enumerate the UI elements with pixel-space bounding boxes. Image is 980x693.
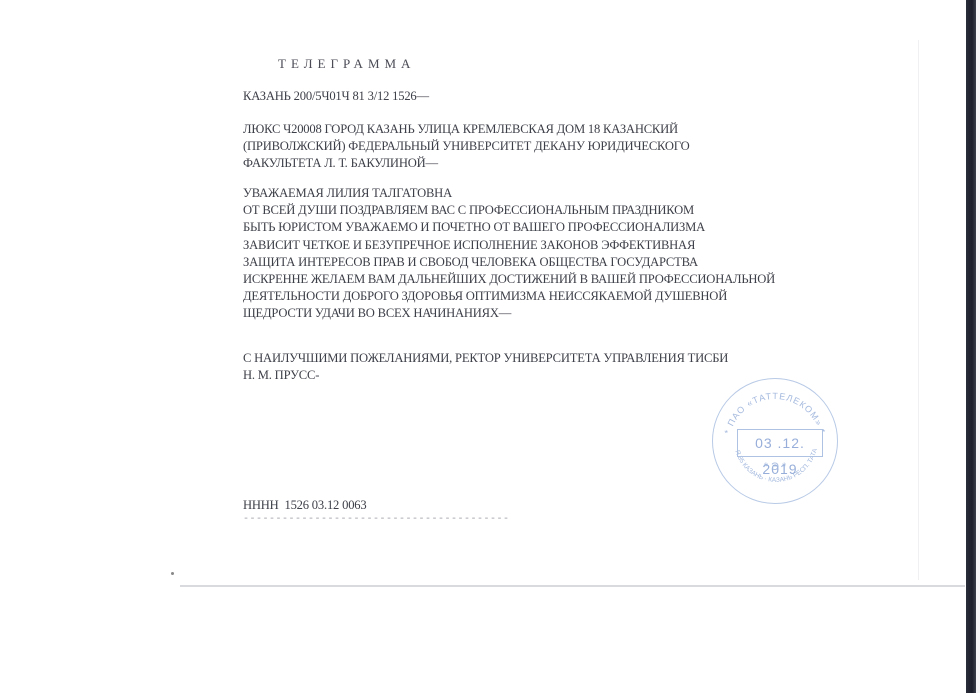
body-line: БЫТЬ ЮРИСТОМ УВАЖАЕМО И ПОЧЕТНО ОТ ВАШЕГ… (243, 219, 775, 236)
scan-speck (171, 572, 174, 575)
body-line: ЗАВИСИТ ЧЕТКОЕ И БЕЗУПРЕЧНОЕ ИСПОЛНЕНИЕ … (243, 237, 775, 254)
body-line: ЩЕДРОСТИ УДАЧИ ВО ВСЕХ НАЧИНАНИЯХ— (243, 305, 775, 322)
address-line: ФАКУЛЬТЕТА Л. Т. БАКУЛИНОЙ— (243, 155, 689, 172)
body-line: ЗАЩИТА ИНТЕРЕСОВ ПРАВ И СВОБОД ЧЕЛОВЕКА … (243, 254, 775, 271)
postal-stamp: * ПАО «ТАТТЕЛЕКОМ» * РОССИЯ 85 КАЗАНЬ · … (712, 378, 838, 504)
document-title: ТЕЛЕГРАММА (278, 56, 415, 72)
body-line: ОТ ВСЕЙ ДУШИ ПОЗДРАВЛЯЕМ ВАС С ПРОФЕССИО… (243, 202, 775, 219)
body-line: ДЕЯТЕЛЬНОСТИ ДОБРОГО ЗДОРОВЬЯ ОПТИМИЗМА … (243, 288, 775, 305)
message-body: УВАЖАЕМАЯ ЛИЛИЯ ТАЛГАТОВНА ОТ ВСЕЙ ДУШИ … (243, 185, 775, 323)
scanner-edge (966, 0, 976, 693)
stamp-date: 03 .12. 2019 (737, 429, 823, 457)
footer-dashes: ----------------------------------------… (243, 514, 510, 525)
header-line: КАЗАНЬ 200/5Ч01Ч 81 3/12 1526— (243, 88, 429, 105)
body-line: ИСКРЕННЕ ЖЕЛАЕМ ВАМ ДАЛЬНЕЙШИХ ДОСТИЖЕНИ… (243, 271, 775, 288)
scanner-edge-margin (976, 0, 980, 693)
page-fold-line (918, 40, 919, 580)
signature-line: С НАИЛУЧШИМИ ПОЖЕЛАНИЯМИ, РЕКТОР УНИВЕРС… (243, 350, 728, 367)
greeting-line: УВАЖАЕМАЯ ЛИЛИЯ ТАЛГАТОВНА (243, 185, 775, 202)
address-block: ЛЮКС Ч20008 ГОРОД КАЗАНЬ УЛИЦА КРЕМЛЕВСК… (243, 121, 689, 173)
signature-name: Н. М. ПРУСС- (243, 367, 728, 384)
signature-block: С НАИЛУЧШИМИ ПОЖЕЛАНИЯМИ, РЕКТОР УНИВЕРС… (243, 350, 728, 384)
footer-code: НННН 1526 03.12 0063 (243, 497, 366, 514)
address-line: (ПРИВОЛЖСКИЙ) ФЕДЕРАЛЬНЫЙ УНИВЕРСИТЕТ ДЕ… (243, 138, 689, 155)
stamp-mark: * Э * (713, 461, 837, 473)
address-line: ЛЮКС Ч20008 ГОРОД КАЗАНЬ УЛИЦА КРЕМЛЕВСК… (243, 121, 689, 138)
